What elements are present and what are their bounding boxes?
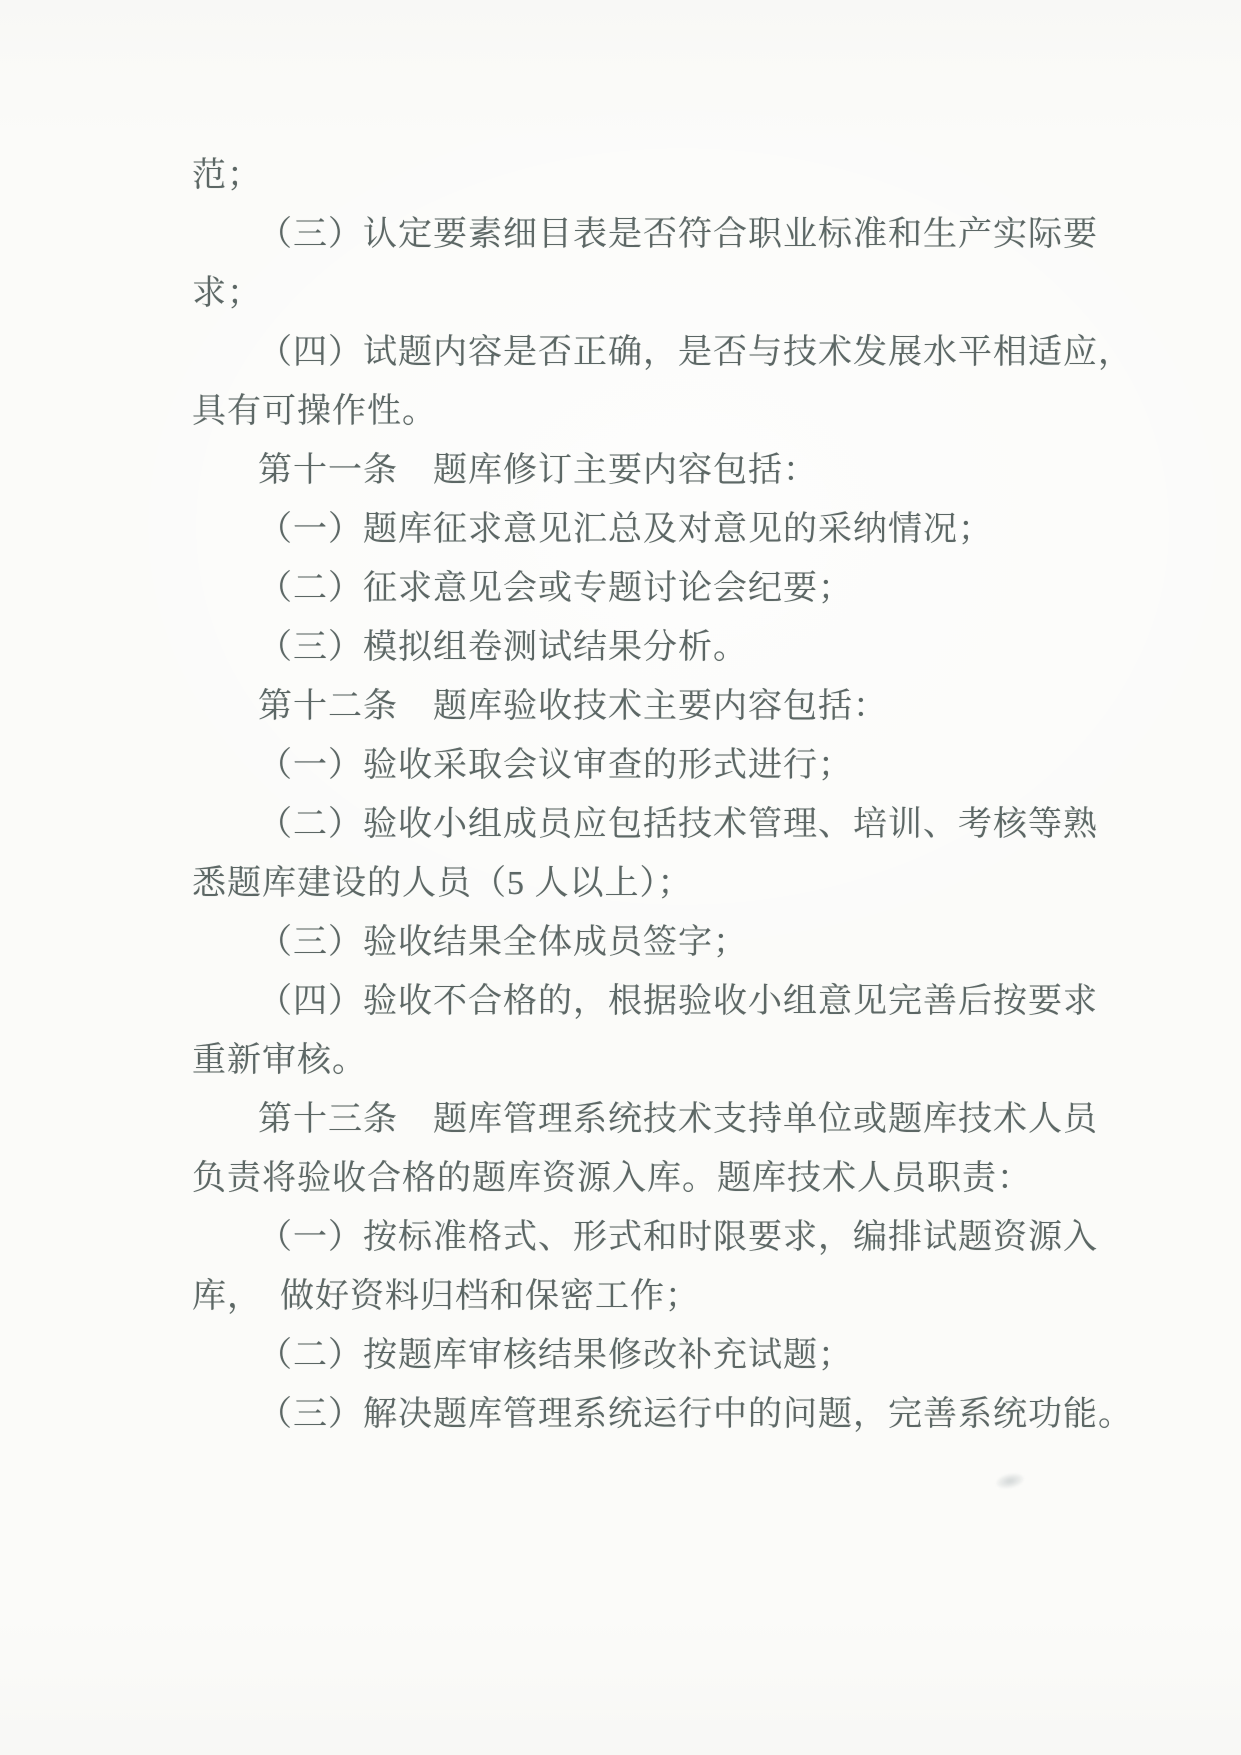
text-line: 库， 做好资料归档和保密工作； bbox=[192, 1263, 1102, 1322]
text-line: 悉题库建设的人员（5 人以上）； bbox=[192, 850, 1102, 909]
document-page: 范；（三）认定要素细目表是否符合职业标准和生产实际要求；（四）试题内容是否正确，… bbox=[0, 0, 1241, 1755]
text-line: 第十三条 题库管理系统技术支持单位或题库技术人员 bbox=[192, 1086, 1102, 1145]
text-line: 范； bbox=[192, 142, 1102, 201]
text-line: （一）按标准格式、形式和时限要求，编排试题资源入 bbox=[192, 1204, 1102, 1263]
text-line: （一）题库征求意见汇总及对意见的采纳情况； bbox=[192, 496, 1102, 555]
text-line: （二）验收小组成员应包括技术管理、培训、考核等熟 bbox=[192, 791, 1102, 850]
text-line: 第十二条 题库验收技术主要内容包括： bbox=[192, 673, 1102, 732]
text-line: 负责将验收合格的题库资源入库。题库技术人员职责： bbox=[192, 1145, 1102, 1204]
text-line: （三）认定要素细目表是否符合职业标准和生产实际要 bbox=[192, 201, 1102, 260]
text-line: （四）试题内容是否正确，是否与技术发展水平相适应， bbox=[192, 319, 1102, 378]
text-line: 第十一条 题库修订主要内容包括： bbox=[192, 437, 1102, 496]
text-line: （三）验收结果全体成员签字； bbox=[192, 909, 1102, 968]
text-line: （四）验收不合格的，根据验收小组意见完善后按要求 bbox=[192, 968, 1102, 1027]
document-body: 范；（三）认定要素细目表是否符合职业标准和生产实际要求；（四）试题内容是否正确，… bbox=[192, 142, 1102, 1440]
text-line: 求； bbox=[192, 260, 1102, 319]
text-line: （三）解决题库管理系统运行中的问题，完善系统功能。 bbox=[192, 1381, 1102, 1440]
text-line: （二）征求意见会或专题讨论会纪要； bbox=[192, 555, 1102, 614]
scan-smudge-artifact bbox=[995, 1471, 1025, 1491]
text-line: （二）按题库审核结果修改补充试题； bbox=[192, 1322, 1102, 1381]
text-line: （一）验收采取会议审查的形式进行； bbox=[192, 732, 1102, 791]
text-line: （三）模拟组卷测试结果分析。 bbox=[192, 614, 1102, 673]
text-line: 具有可操作性。 bbox=[192, 378, 1102, 437]
text-line: 重新审核。 bbox=[192, 1027, 1102, 1086]
